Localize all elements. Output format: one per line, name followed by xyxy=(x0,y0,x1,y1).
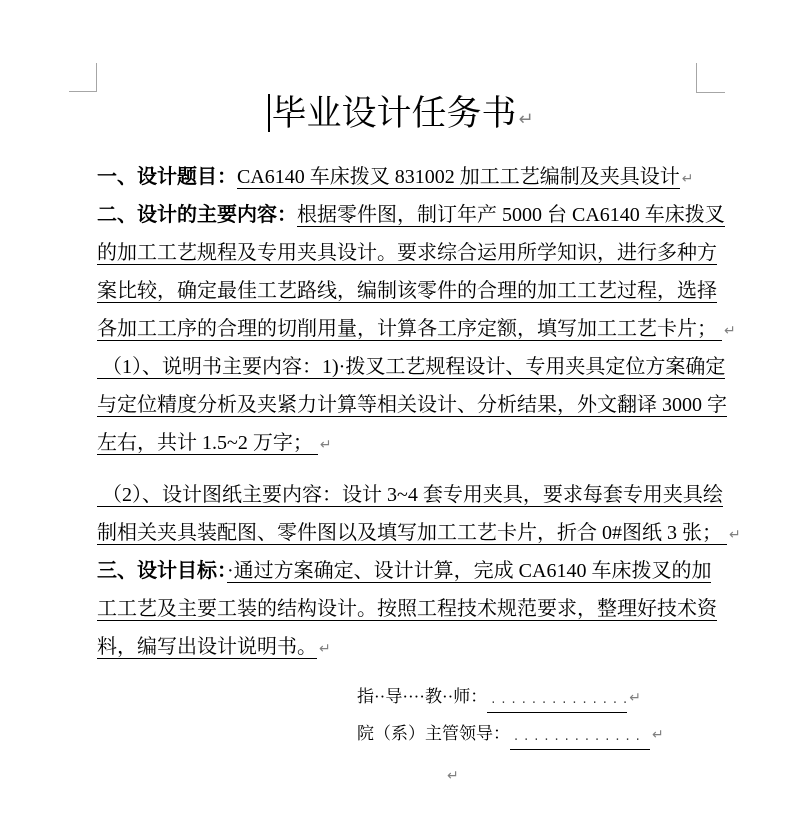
pilcrow-mark: ↵ xyxy=(319,641,331,657)
body-line: 的加工工艺规程及专用夹具设计。要求综合运用所学知识，进行多种方 xyxy=(97,234,705,272)
signature-blank[interactable]: ·············· xyxy=(487,691,627,713)
pilcrow-mark: ↵ xyxy=(729,527,741,543)
line-label[interactable]: 二、设计的主要内容： xyxy=(97,204,297,226)
body-line: 左右，共计 1.5~2 万字； ↵ xyxy=(97,424,705,462)
line-text[interactable]: 各加工工序的合理的切削用量，计算各工序定额，填写加工工艺卡片； xyxy=(97,318,722,341)
page-margin-mark-top-left-horizontal xyxy=(69,91,97,92)
pilcrow-mark: ↵ xyxy=(652,727,664,743)
body-line: 三、设计目标：·通过方案确定、设计计算，完成 CA6140 车床拨叉的加 xyxy=(97,552,705,590)
line-text[interactable]: 的加工工艺规程及专用夹具设计。要求综合运用所学知识，进行多种方 xyxy=(97,242,717,265)
body-line: 案比较，确定最佳工艺路线，编制该零件的合理的加工工艺过程，选择 xyxy=(97,272,705,310)
body-line: 制相关夹具装配图、零件图以及填写加工工艺卡片，折合 0#图纸 3 张； ↵ xyxy=(97,514,705,552)
line-text[interactable]: （2）、设计图纸主要内容：设计 3~4 套专用夹具，要求每套专用夹具绘 xyxy=(97,484,723,507)
document-page: 毕业设计任务书↵ 一、设计题目：CA6140 车床拨叉 831002 加工工艺编… xyxy=(0,0,804,814)
signature-line-dean: 院（系）主管领导：·············↵ xyxy=(357,715,705,752)
paragraph-gap xyxy=(97,462,705,476)
pilcrow-mark: ↵ xyxy=(629,690,641,706)
line-text[interactable]: 制相关夹具装配图、零件图以及填写加工工艺卡片，折合 0#图纸 3 张； xyxy=(97,522,727,545)
pilcrow-mark: ↵ xyxy=(518,109,533,130)
line-text[interactable]: 与定位精度分析及夹紧力计算等相关设计、分析结果，外文翻译 3000 字 xyxy=(97,394,727,417)
space-dots: ·············· xyxy=(491,696,633,711)
signature-label: 指··导····教··师： xyxy=(357,687,487,706)
doc-title-row: 毕业设计任务书↵ xyxy=(97,88,705,140)
empty-paragraph: ↵ xyxy=(97,762,705,790)
pilcrow-mark: ↵ xyxy=(682,171,694,187)
doc-title[interactable]: 毕业设计任务书 xyxy=(271,94,516,133)
body-line: （2）、设计图纸主要内容：设计 3~4 套专用夹具，要求每套专用夹具绘 xyxy=(97,476,705,514)
body-line: 工工艺及主要工装的结构设计。按照工程技术规范要求，整理好技术资 xyxy=(97,590,705,628)
signature-blank[interactable]: ············· xyxy=(510,728,650,750)
line-text[interactable]: 左右，共计 1.5~2 万字； xyxy=(97,432,318,455)
body-line: （1）、说明书主要内容：1)·拨叉工艺规程设计、专用夹具定位方案确定 xyxy=(97,348,705,386)
space-dots: ············· xyxy=(514,733,646,748)
line-text[interactable]: 案比较，确定最佳工艺路线，编制该零件的合理的加工工艺过程，选择 xyxy=(97,280,717,303)
line-text[interactable]: 料，编写出设计说明书。 xyxy=(97,636,317,659)
pilcrow-mark: ↵ xyxy=(320,437,332,453)
line-text[interactable]: 根据零件图，制订年产 5000 台 CA6140 车床拨叉 xyxy=(297,204,725,227)
pilcrow-mark: ↵ xyxy=(447,768,459,784)
document-content: 毕业设计任务书↵ 一、设计题目：CA6140 车床拨叉 831002 加工工艺编… xyxy=(97,88,705,790)
signature-label: 院（系）主管领导： xyxy=(357,724,510,743)
line-label[interactable]: 三、设计目标： xyxy=(97,560,227,582)
body-line: 二、设计的主要内容：根据零件图，制订年产 5000 台 CA6140 车床拨叉 xyxy=(97,196,705,234)
signature-line-advisor: 指··导····教··师：··············↵ xyxy=(357,678,705,715)
body-line: 各加工工序的合理的切削用量，计算各工序定额，填写加工工艺卡片； ↵ xyxy=(97,310,705,348)
body-line: 一、设计题目：CA6140 车床拨叉 831002 加工工艺编制及夹具设计↵ xyxy=(97,158,705,196)
signature-block: 指··导····教··师：··············↵ 院（系）主管领导：··… xyxy=(357,678,705,752)
line-label[interactable]: 一、设计题目： xyxy=(97,166,237,188)
body-line: 料，编写出设计说明书。↵ xyxy=(97,628,705,666)
line-text[interactable]: ·通过方案确定、设计计算，完成 CA6140 车床拨叉的加 xyxy=(227,560,711,583)
line-text[interactable]: CA6140 车床拨叉 831002 加工工艺编制及夹具设计 xyxy=(237,166,680,189)
body-line: 与定位精度分析及夹紧力计算等相关设计、分析结果，外文翻译 3000 字 xyxy=(97,386,705,424)
line-text[interactable]: （1）、说明书主要内容：1)·拨叉工艺规程设计、专用夹具定位方案确定 xyxy=(97,356,725,379)
line-text[interactable]: 工工艺及主要工装的结构设计。按照工程技术规范要求，整理好技术资 xyxy=(97,598,717,621)
pilcrow-mark: ↵ xyxy=(724,323,736,339)
